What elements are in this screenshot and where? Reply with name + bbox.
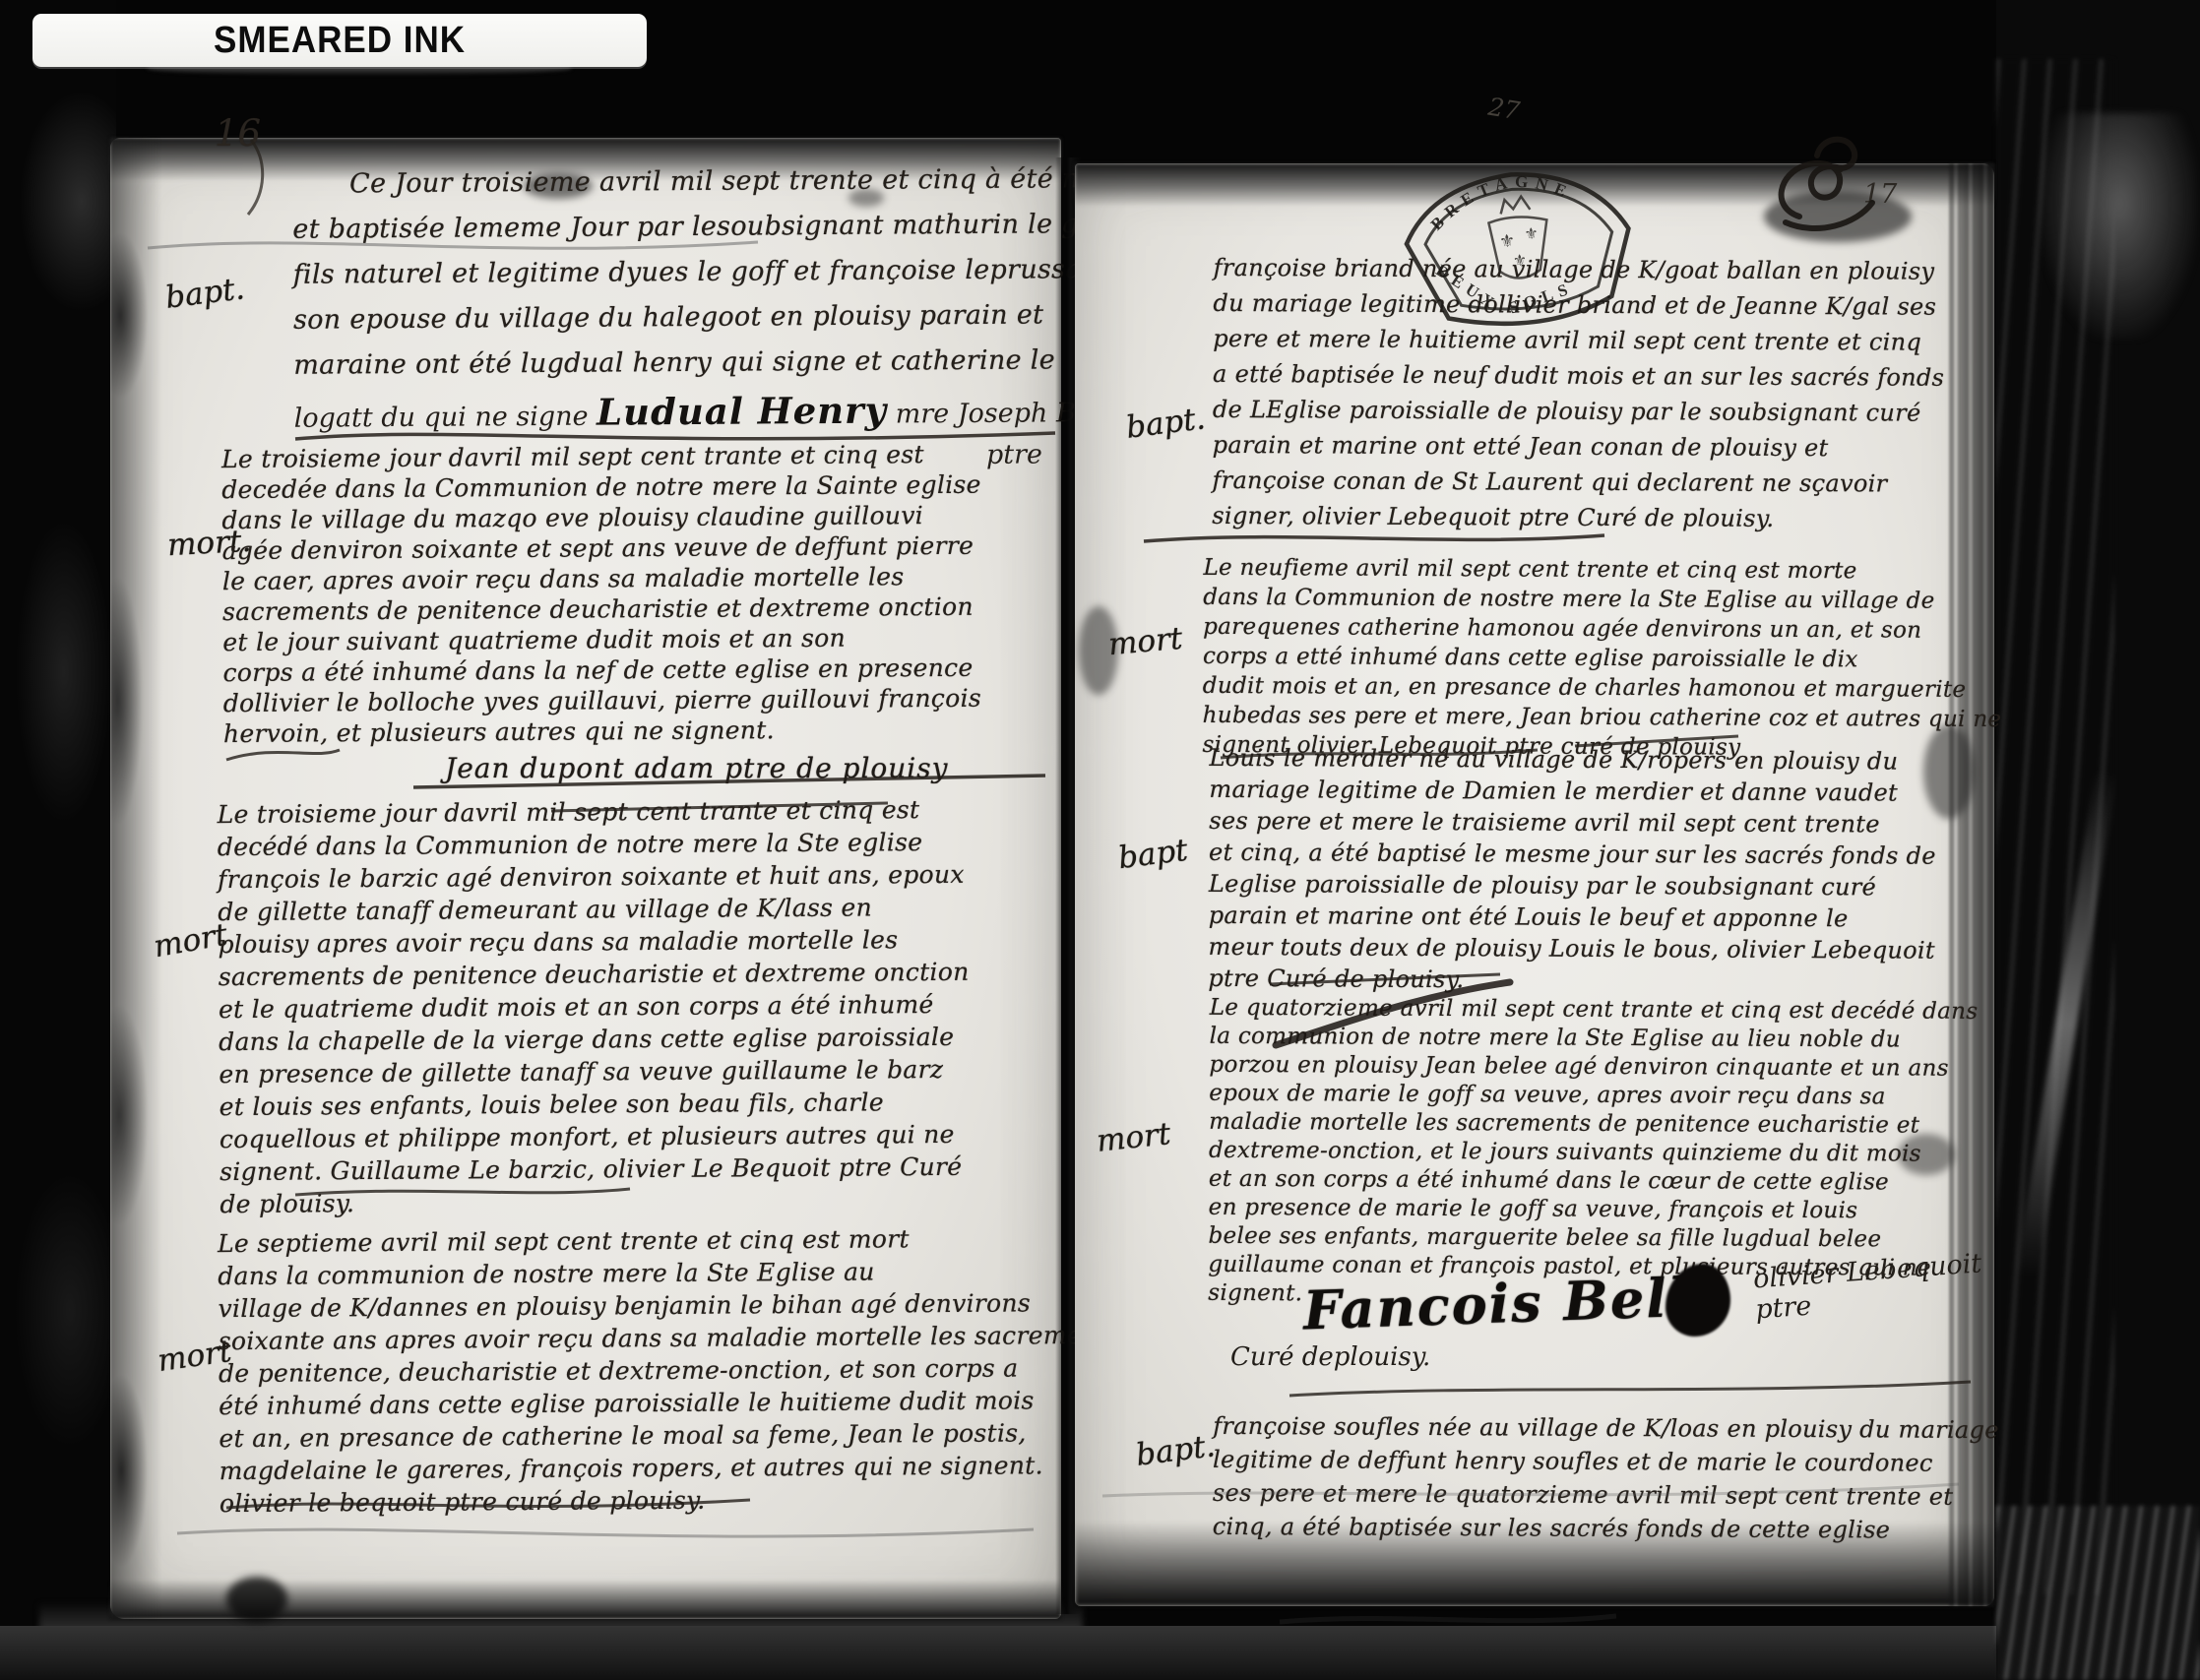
manuscript-line: parain et marine ont etté Jean conan de … bbox=[1213, 427, 2010, 467]
manuscript-line: magdelaine le gareres, françois ropers, … bbox=[220, 1449, 1110, 1487]
manuscript-line: hubedas ses pere et mere, Jean briou cat… bbox=[1203, 701, 2020, 734]
folio-note: 27 bbox=[1486, 93, 1522, 126]
priest-title: Curé deplouisy. bbox=[1230, 1342, 1430, 1372]
manuscript-line: de plouisy. bbox=[220, 1182, 1091, 1220]
manuscript-line: signent. Guillaume Le barzic, olivier Le… bbox=[220, 1150, 1091, 1188]
page-edge-stain bbox=[110, 138, 161, 1619]
manuscript-line: ptre Curé de plouisy. bbox=[1208, 963, 2010, 998]
manuscript-line: maladie mortelle les sacrements de penit… bbox=[1209, 1108, 2041, 1141]
manuscript-line: legitime de deffunt henry soufles et de … bbox=[1213, 1443, 2015, 1480]
record-text: Louis le merdier né au village de K/rope… bbox=[1208, 742, 2011, 998]
manuscript-line: françoise briand née au village de K/goa… bbox=[1214, 250, 2011, 289]
manuscript-line: epoux de marie le goff sa veuve, apres a… bbox=[1209, 1080, 2041, 1112]
manuscript-line: et baptisée lememe Jour par lesoubsignan… bbox=[292, 202, 1080, 253]
manuscript-line: Louis le merdier né au village de K/rope… bbox=[1210, 742, 2012, 778]
manuscript-line: signer, olivier Lebequoit ptre Curé de p… bbox=[1212, 498, 2009, 537]
witness-signature: Ludual Henry bbox=[597, 389, 887, 434]
manuscript-line: ses pere et mere le quatorzieme avril mi… bbox=[1213, 1476, 2015, 1514]
record-text: françoise briand née au village de K/goa… bbox=[1212, 250, 2010, 537]
margin-label-bapt: bapt. bbox=[163, 271, 246, 316]
manuscript-line: françoise soufles née au village de K/lo… bbox=[1213, 1409, 2015, 1447]
manuscript-line: cinq, a été baptisée sur les sacrés fond… bbox=[1213, 1510, 2015, 1547]
manuscript-line: maraine ont été lugdual henry qui signe … bbox=[293, 338, 1081, 389]
baptism-record: Ce Jour troisieme avril mil sept trente … bbox=[292, 156, 1082, 475]
manuscript-line: Le neufieme avril mil sept cent trente e… bbox=[1203, 553, 2020, 587]
record-text: Le neufieme avril mil sept cent trente e… bbox=[1202, 553, 2020, 764]
record-text: Le troisieme jour davril mil sept cent t… bbox=[221, 438, 1090, 749]
manuscript-line: du mariage legitime dollivier briand et … bbox=[1213, 285, 2010, 325]
manuscript-line: fils naturel et legitime dyues le goff e… bbox=[293, 247, 1081, 298]
manuscript-line: Le quatorzieme avril mil sept cent trant… bbox=[1210, 994, 2042, 1027]
manuscript-line: françoise conan de St Laurent qui declar… bbox=[1212, 463, 2009, 502]
ghost-text-line bbox=[1280, 1616, 1616, 1622]
manuscript-line: son epouse du village du halegoot en plo… bbox=[293, 292, 1081, 343]
deceased-family-signature: Fancois Belle bbox=[1302, 1265, 1728, 1342]
margin-label-bapt: bapt. bbox=[1134, 1428, 1217, 1473]
manuscript-line: françois le barzic agé denviron soixante… bbox=[218, 857, 1089, 896]
manuscript-line: porzou en plouisy Jean belee agé denviro… bbox=[1209, 1051, 2041, 1084]
manuscript-line: sacrements de penitence deucharistie et … bbox=[222, 591, 1089, 627]
margin-label-mort: mort bbox=[1095, 1116, 1172, 1159]
manuscript-line: a etté baptisée le neuf dudit mois et an… bbox=[1213, 356, 2010, 396]
manuscript-line: decedée dans la Communion de notre mere … bbox=[221, 468, 1088, 505]
left-page: 16 bapt. Ce Jour troisieme avril mil sep… bbox=[110, 138, 1061, 1619]
right-page: bapt. françoise briand née au village de… bbox=[1075, 163, 1994, 1606]
page-number-right: 17 bbox=[1863, 179, 1897, 210]
manuscript-line: agée denviron soixante et sept ans veuve… bbox=[222, 529, 1089, 566]
manuscript-line: Ce Jour troisieme avril mil sept trente … bbox=[292, 156, 1080, 208]
manuscript-line: en presence de marie le goff sa veuve, f… bbox=[1209, 1194, 2041, 1226]
baptism-record: françoise briand née au village de K/goa… bbox=[1212, 250, 2010, 537]
book-cover-fore-edge bbox=[1996, 0, 2200, 1680]
manuscript-line: dollivier le bolloche yves guillauvi, pi… bbox=[223, 682, 1090, 718]
manuscript-line: hervoin, et plusieurs autres qui ne sign… bbox=[223, 713, 1090, 749]
manuscript-line: la communion de notre mere la Ste Eglise… bbox=[1210, 1023, 2042, 1055]
record-closing-line: logatt du qui ne signe Ludual Henry mre … bbox=[294, 383, 1082, 445]
ink-smudge bbox=[226, 1577, 287, 1622]
cover-highlight-top bbox=[2041, 113, 2198, 340]
manuscript-line: et cinq, a été baptisé le mesme jour sur… bbox=[1209, 837, 2011, 872]
manuscript-line: de LEglise paroissialle de plouisy par l… bbox=[1213, 392, 2010, 431]
manuscript-line: corps a etté inhumé dans cette eglise pa… bbox=[1203, 642, 2020, 675]
manuscript-line: sacrements de penitence deucharistie et … bbox=[219, 955, 1090, 993]
margin-label-bapt: bapt. bbox=[1124, 401, 1207, 446]
burial-record: Le troisieme jour davril mil sept cent t… bbox=[218, 792, 1092, 1220]
record-text: Ce Jour troisieme avril mil sept trente … bbox=[292, 156, 1082, 389]
page-number-left: 16 bbox=[215, 112, 261, 155]
manuscript-line: pere et mere le huitieme avril mil sept … bbox=[1213, 321, 2010, 360]
burial-record: Le septieme avril mil sept cent trente e… bbox=[218, 1221, 1110, 1520]
burial-record: Le troisieme jour davril mil sept cent t… bbox=[221, 438, 1090, 749]
baptism-record: françoise soufles née au village de K/lo… bbox=[1213, 1409, 2016, 1547]
manuscript-line: et an son corps a été inhumé dans le cœu… bbox=[1209, 1165, 2041, 1198]
burial-record: Le neufieme avril mil sept cent trente e… bbox=[1202, 553, 2020, 764]
banner-label: SMEARED INK bbox=[214, 19, 466, 61]
background-shelf bbox=[0, 1626, 2200, 1680]
manuscript-line: dextreme-onction, et le jours suivants q… bbox=[1209, 1137, 2041, 1169]
microfilm-frame: 16 bapt. Ce Jour troisieme avril mil sep… bbox=[0, 0, 2200, 1680]
margin-label-mort: mort bbox=[1107, 621, 1184, 662]
manuscript-line: parain et marine ont été Louis le beuf e… bbox=[1209, 900, 2011, 935]
manuscript-line: Leglise paroissialle de plouisy par le s… bbox=[1209, 868, 2011, 903]
smeared-ink-banner: SMEARED INK bbox=[32, 14, 647, 67]
closing-text: logatt du qui ne signe bbox=[294, 402, 589, 434]
manuscript-line: dans la Communion de nostre mere la Ste … bbox=[1203, 583, 2020, 616]
margin-label-bapt: bapt bbox=[1116, 833, 1190, 876]
record-text: françoise soufles née au village de K/lo… bbox=[1213, 1409, 2016, 1547]
manuscript-line: parequenes catherine hamonou agée denvir… bbox=[1203, 612, 2020, 646]
manuscript-line: dudit mois et an, en presance de charles… bbox=[1203, 671, 2020, 705]
manuscript-line: meur touts deux de plouisy Louis le bous… bbox=[1209, 931, 2011, 966]
priest-signature: Jean dupont adam ptre de plouisy bbox=[445, 752, 948, 784]
manuscript-line: mariage legitime de Damien le merdier et… bbox=[1209, 774, 2011, 809]
record-text: Le troisieme jour davril mil sept cent t… bbox=[218, 792, 1092, 1220]
manuscript-line: ses pere et mere le traisieme avril mil … bbox=[1209, 805, 2011, 840]
record-text: Le septieme avril mil sept cent trente e… bbox=[218, 1221, 1110, 1520]
manuscript-line: olivier le bequoit ptre curé de plouisy. bbox=[220, 1481, 1110, 1520]
manuscript-line: belee ses enfants, marguerite belee sa f… bbox=[1208, 1222, 2040, 1255]
book-left-edge bbox=[0, 0, 116, 1680]
cover-marbling-bottom bbox=[1996, 1506, 2200, 1680]
baptism-record: Louis le merdier né au village de K/rope… bbox=[1208, 742, 2011, 998]
